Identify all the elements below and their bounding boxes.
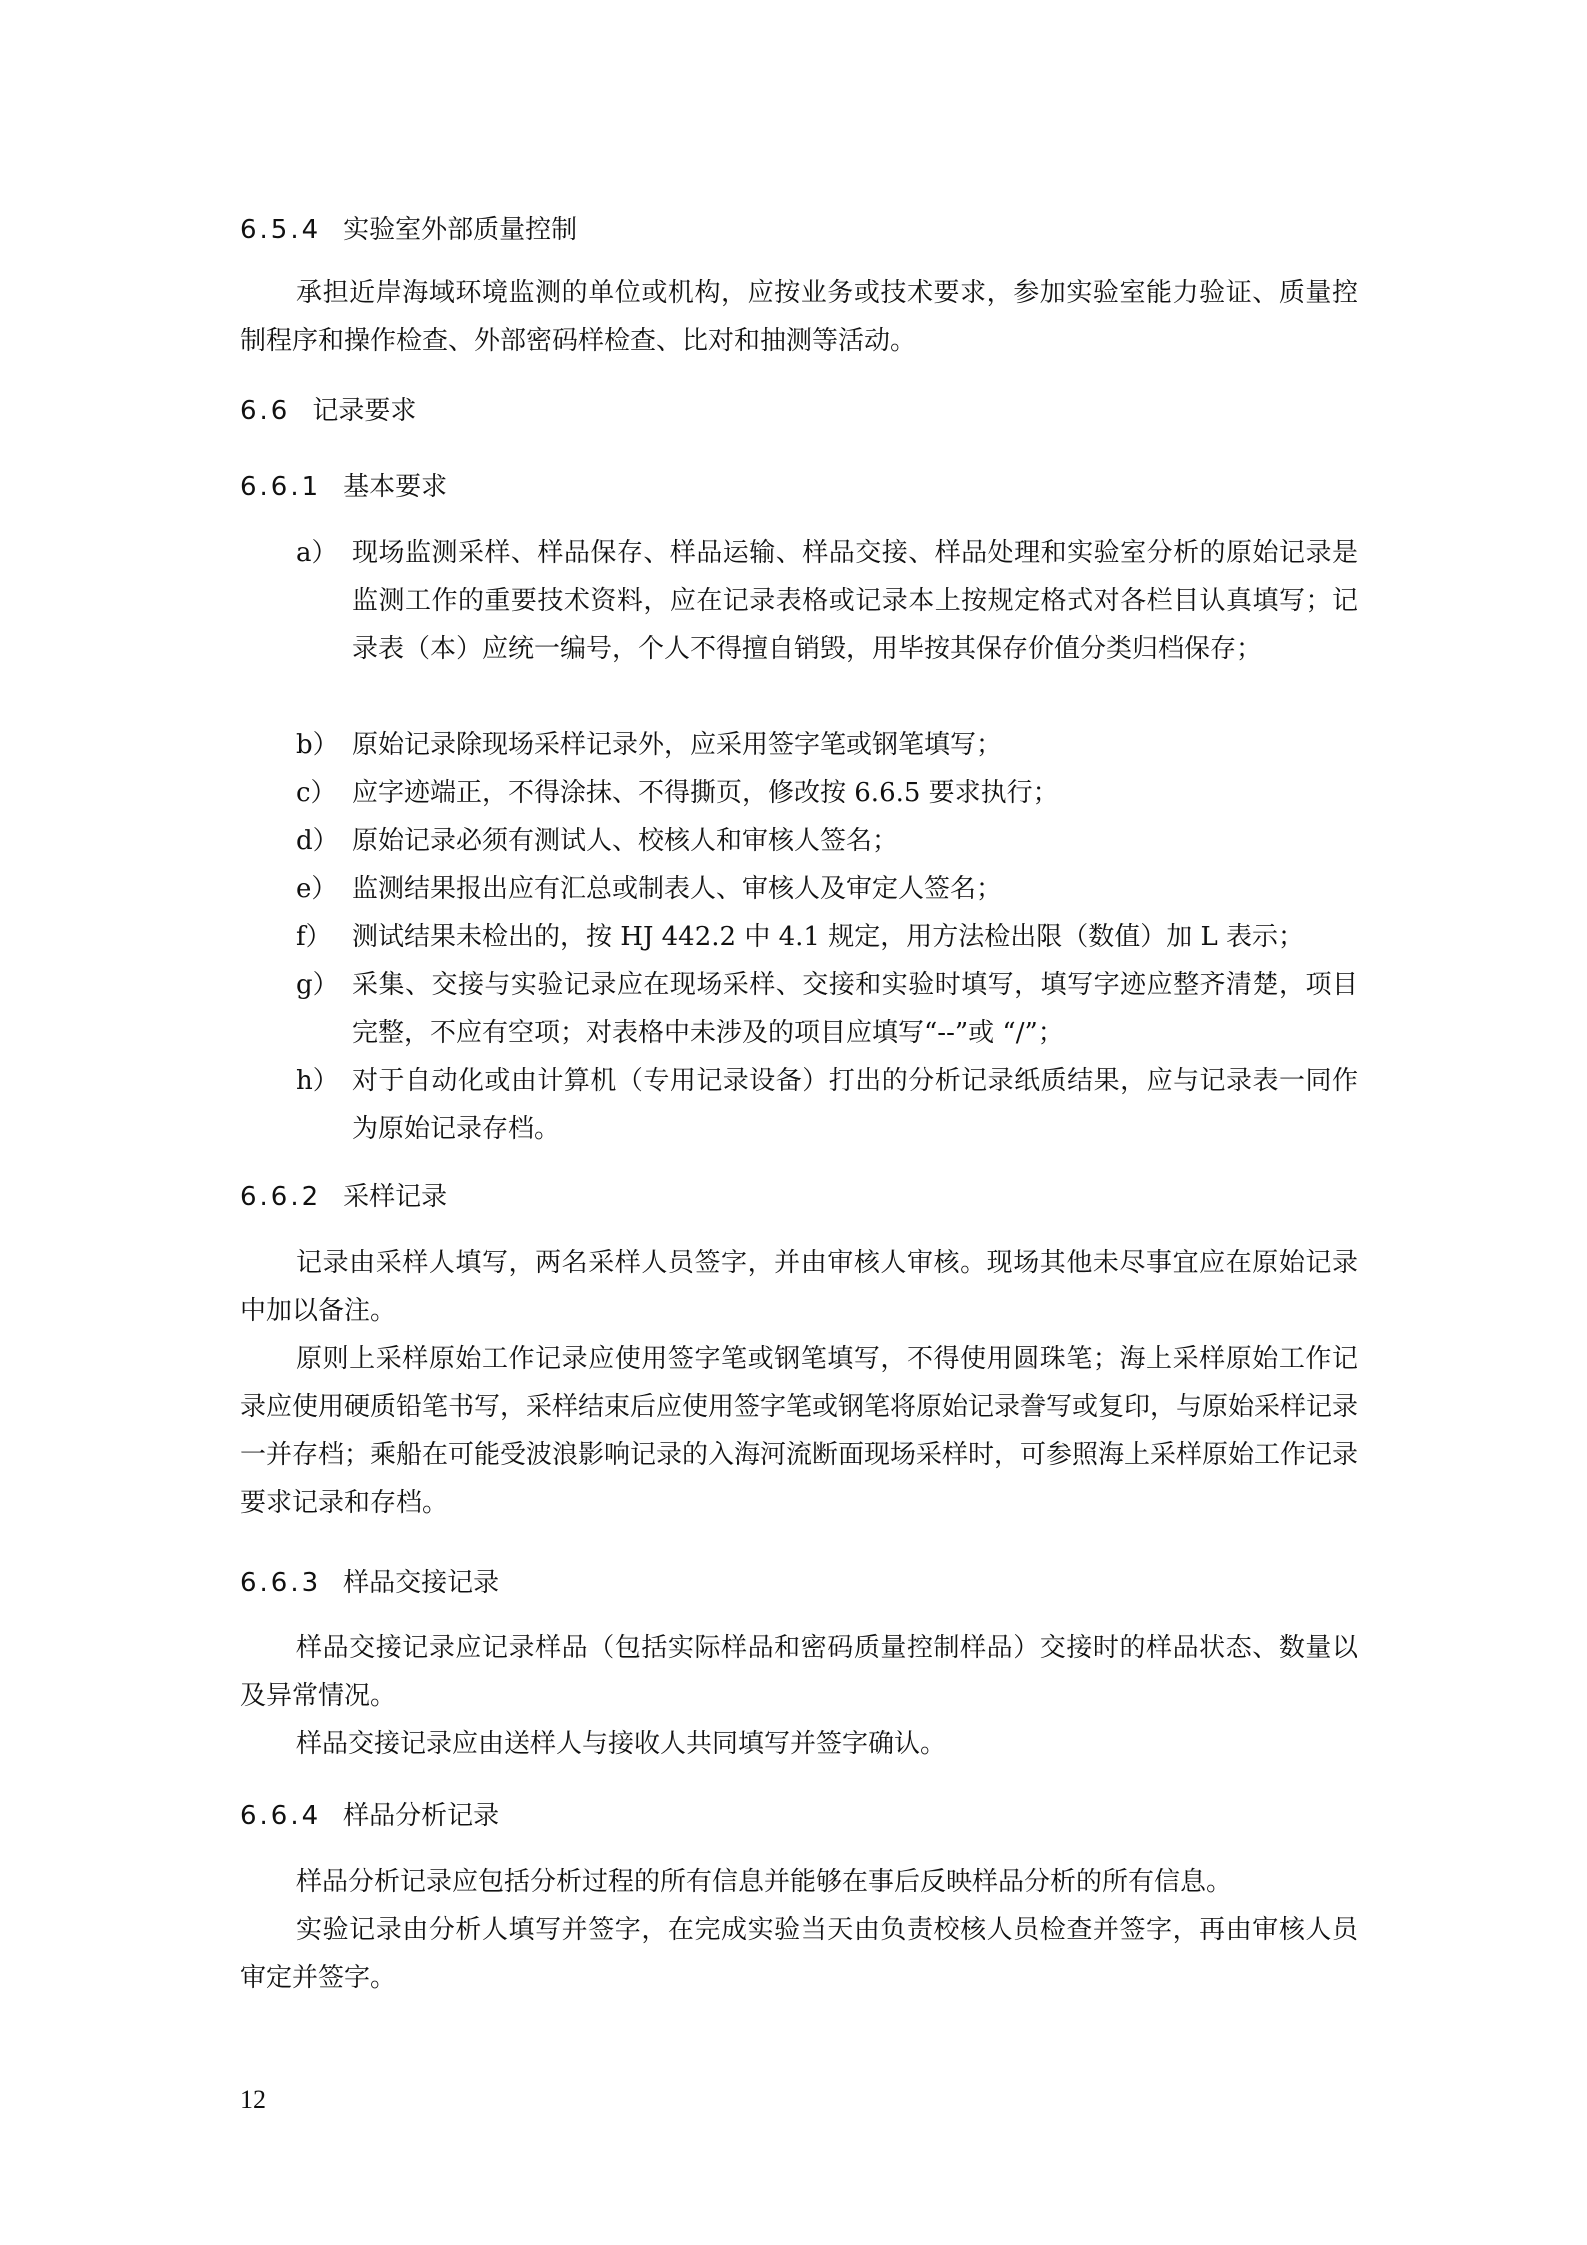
page-number: 12 — [240, 2085, 266, 2115]
heading-title: 基本要求 — [343, 472, 447, 502]
list-marker: d） — [296, 817, 352, 865]
list-text: 采集、交接与实验记录应在现场采样、交接和实验时填写，填写字迹应整齐清楚，项目完整… — [352, 961, 1358, 1057]
list-marker: b） — [296, 721, 352, 769]
heading-title: 样品分析记录 — [343, 1801, 499, 1831]
list-marker: f） — [296, 913, 352, 961]
list-text: 原始记录除现场采样记录外，应采用签字笔或钢笔填写； — [352, 721, 1358, 769]
heading-6-6-3: 6.6.3样品交接记录 — [240, 1567, 499, 1599]
heading-6-6: 6.6记录要求 — [240, 395, 416, 427]
heading-title: 采样记录 — [343, 1182, 447, 1212]
heading-6-6-2: 6.6.2采样记录 — [240, 1181, 447, 1213]
list-text: 对于自动化或由计算机（专用记录设备）打出的分析记录纸质结果，应与记录表一同作为原… — [352, 1057, 1358, 1153]
heading-title: 实验室外部质量控制 — [343, 215, 577, 245]
list-text: 测试结果未检出的，按 HJ 442.2 中 4.1 规定，用方法检出限（数值）加… — [352, 913, 1358, 961]
list-item: f） 测试结果未检出的，按 HJ 442.2 中 4.1 规定，用方法检出限（数… — [296, 913, 1358, 961]
heading-title: 记录要求 — [312, 396, 416, 426]
paragraph: 样品交接记录应由送样人与接收人共同填写并签字确认。 — [240, 1720, 1358, 1768]
list-marker: e） — [296, 865, 352, 913]
heading-number: 6.6.3 — [240, 1567, 321, 1599]
list-item: h） 对于自动化或由计算机（专用记录设备）打出的分析记录纸质结果，应与记录表一同… — [296, 1057, 1358, 1153]
list-marker: a） — [296, 529, 352, 577]
list-marker: g） — [296, 961, 352, 1009]
paragraph: 样品分析记录应包括分析过程的所有信息并能够在事后反映样品分析的所有信息。 — [240, 1858, 1358, 1906]
list-text: 现场监测采样、样品保存、样品运输、样品交接、样品处理和实验室分析的原始记录是监测… — [352, 529, 1358, 673]
list-text: 应字迹端正，不得涂抹、不得撕页，修改按 6.6.5 要求执行； — [352, 769, 1358, 817]
paragraph: 原则上采样原始工作记录应使用签字笔或钢笔填写，不得使用圆珠笔；海上采样原始工作记… — [240, 1335, 1358, 1527]
paragraph: 承担近岸海域环境监测的单位或机构，应按业务或技术要求，参加实验室能力验证、质量控… — [240, 269, 1358, 365]
list-marker: h） — [296, 1057, 352, 1105]
list-marker: c） — [296, 769, 352, 817]
heading-number: 6.5.4 — [240, 214, 321, 246]
list-item: c） 应字迹端正，不得涂抹、不得撕页，修改按 6.6.5 要求执行； — [296, 769, 1358, 817]
heading-number: 6.6 — [240, 395, 290, 427]
list-item: d） 原始记录必须有测试人、校核人和审核人签名； — [296, 817, 1358, 865]
paragraph: 样品交接记录应记录样品（包括实际样品和密码质量控制样品）交接时的样品状态、数量以… — [240, 1624, 1358, 1720]
heading-6-5-4: 6.5.4实验室外部质量控制 — [240, 214, 577, 246]
list-text: 监测结果报出应有汇总或制表人、审核人及审定人签名； — [352, 865, 1358, 913]
list-item: a） 现场监测采样、样品保存、样品运输、样品交接、样品处理和实验室分析的原始记录… — [296, 529, 1358, 673]
heading-number: 6.6.4 — [240, 1800, 321, 1832]
paragraph: 实验记录由分析人填写并签字，在完成实验当天由负责校核人员检查并签字，再由审核人员… — [240, 1906, 1358, 2002]
list-text: 原始记录必须有测试人、校核人和审核人签名； — [352, 817, 1358, 865]
heading-6-6-4: 6.6.4样品分析记录 — [240, 1800, 499, 1832]
paragraph: 记录由采样人填写，两名采样人员签字，并由审核人审核。现场其他未尽事宜应在原始记录… — [240, 1239, 1358, 1335]
heading-title: 样品交接记录 — [343, 1568, 499, 1598]
document-page: 6.5.4实验室外部质量控制 承担近岸海域环境监测的单位或机构，应按业务或技术要… — [0, 0, 1587, 2245]
list-item: g） 采集、交接与实验记录应在现场采样、交接和实验时填写，填写字迹应整齐清楚，项… — [296, 961, 1358, 1057]
heading-number: 6.6.1 — [240, 471, 321, 503]
heading-number: 6.6.2 — [240, 1181, 321, 1213]
heading-6-6-1: 6.6.1基本要求 — [240, 471, 447, 503]
list-item: b） 原始记录除现场采样记录外，应采用签字笔或钢笔填写； — [296, 721, 1358, 769]
list-item: e） 监测结果报出应有汇总或制表人、审核人及审定人签名； — [296, 865, 1358, 913]
